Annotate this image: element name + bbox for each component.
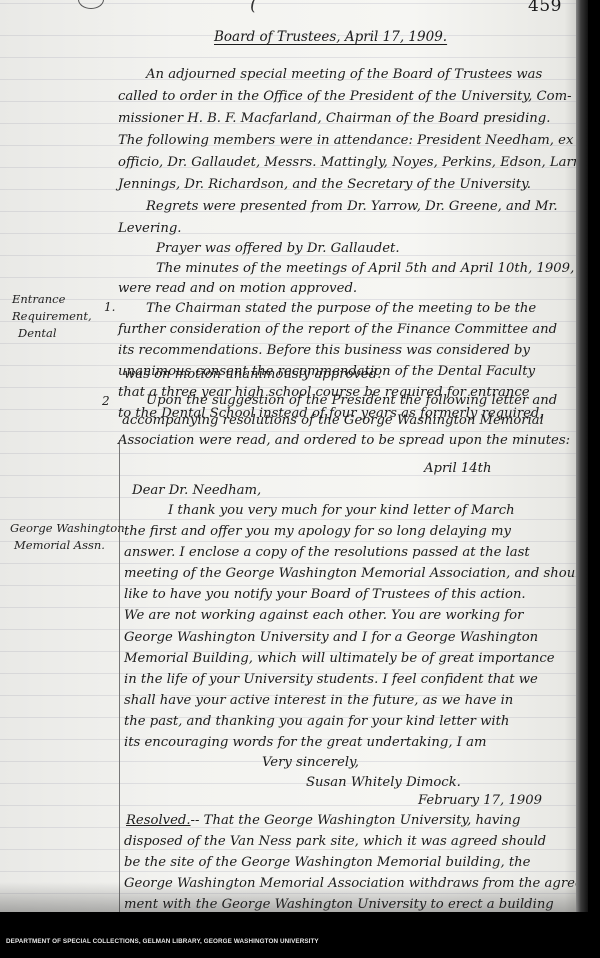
letter-closing: Very sincerely, xyxy=(262,752,359,774)
letter-line: We are not working against each other. Y… xyxy=(124,605,523,627)
letter-line: its encouraging words for the great unde… xyxy=(124,732,486,754)
minutes-line: The Chairman stated the purpose of the m… xyxy=(146,298,536,320)
letter-salutation: Dear Dr. Needham, xyxy=(132,480,261,502)
letter-line: meeting of the George Washington Memoria… xyxy=(124,563,588,585)
minutes-line: An adjourned special meeting of the Boar… xyxy=(146,64,542,86)
archive-credit: DEPARTMENT OF SPECIAL COLLECTIONS, GELMA… xyxy=(6,938,319,945)
minutes-line: called to order in the Office of the Pre… xyxy=(118,86,572,108)
minutes-line: further consideration of the report of t… xyxy=(118,319,557,341)
book-spine xyxy=(576,0,588,912)
resolution-line-first: Resolved.-- That the George Washington U… xyxy=(126,810,520,832)
minutes-line: The minutes of the meetings of April 5th… xyxy=(156,258,574,280)
letter-line: I thank you very much for your kind lett… xyxy=(168,500,515,522)
minutes-line-approved: was on motion unanimously approved. xyxy=(124,364,381,386)
letter-line: shall have your active interest in the f… xyxy=(124,690,513,712)
minutes-line: Regrets were presented from Dr. Yarrow, … xyxy=(146,196,558,218)
minutes-line: its recommendations. Before this busines… xyxy=(118,340,530,362)
minutes-line: Prayer was offered by Dr. Gallaudet. xyxy=(156,238,400,260)
resolution-line: be the site of the George Washington Mem… xyxy=(124,852,530,874)
page-shadow xyxy=(0,882,588,912)
margin-rule xyxy=(119,440,120,912)
letter-line: the first and offer you my apology for s… xyxy=(124,521,511,543)
letter-line: the past, and thanking you again for you… xyxy=(124,711,509,733)
margin-note-entrance: Entrance Requirement, Dental xyxy=(12,291,92,342)
item-number: 1. xyxy=(104,300,115,314)
letter-line: Memorial Building, which will ultimately… xyxy=(124,648,555,670)
margin-note-memorial: George Washington Memorial Assn. xyxy=(10,520,125,554)
minutes-line: accompanying resolutions of the George W… xyxy=(122,410,544,432)
letter-line: in the life of your University students.… xyxy=(124,669,538,691)
minutes-line: Upon the suggestion of the President the… xyxy=(146,390,557,412)
letter-line: answer. I enclose a copy of the resoluti… xyxy=(124,542,530,564)
item-number: 2 xyxy=(102,394,110,408)
letter-line: George Washington University and I for a… xyxy=(124,627,538,649)
ledger-page: ( 459 Board of Trustees, April 17, 1909.… xyxy=(0,0,588,912)
page-title: Board of Trustees, April 17, 1909. xyxy=(214,26,447,48)
letter-date: April 14th xyxy=(424,458,491,480)
minutes-line: The following members were in attendance… xyxy=(118,130,573,152)
resolution-date: February 17, 1909 xyxy=(418,790,542,812)
minutes-line: Jennings, Dr. Richardson, and the Secret… xyxy=(118,174,531,196)
resolved-word: Resolved. xyxy=(126,813,191,828)
minutes-line: missioner H. B. F. Macfarland, Chairman … xyxy=(118,108,550,130)
resolution-line: disposed of the Van Ness park site, whic… xyxy=(124,831,546,853)
minutes-line: were read and on motion approved. xyxy=(118,278,357,300)
minutes-line: Levering. xyxy=(118,218,181,240)
letter-line: like to have you notify your Board of Tr… xyxy=(124,584,526,606)
minutes-line: Association were read, and ordered to be… xyxy=(118,430,570,452)
page-number: 459 xyxy=(528,0,562,16)
minutes-line: officio, Dr. Gallaudet, Messrs. Mattingl… xyxy=(118,152,588,174)
pencil-mark-paren: ( xyxy=(250,0,257,15)
